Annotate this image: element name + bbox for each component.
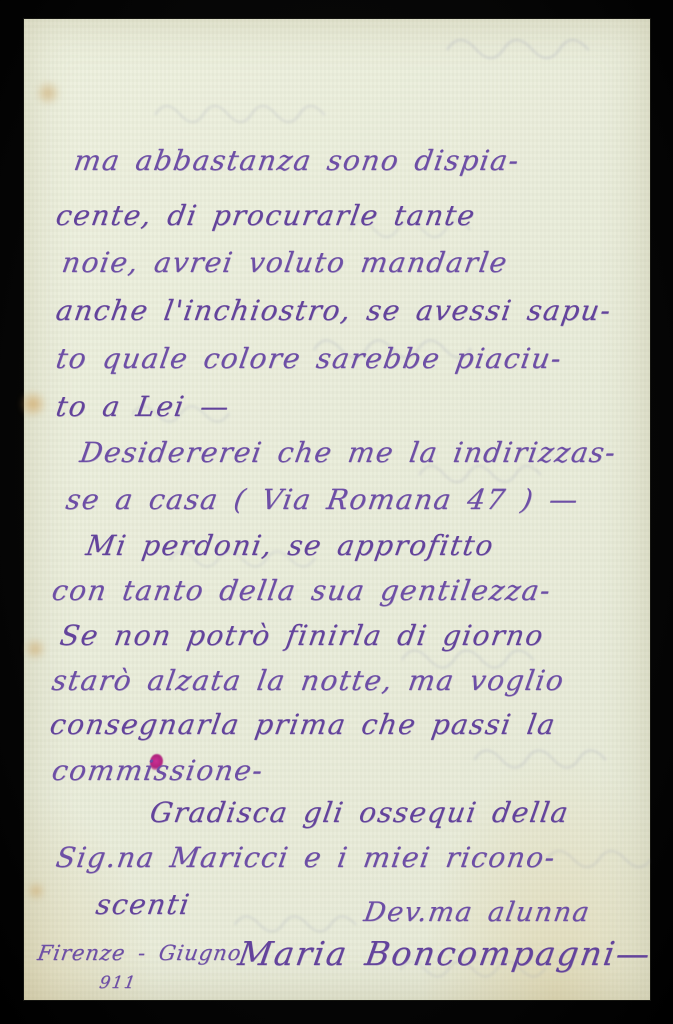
handwritten-line: scenti	[94, 891, 192, 919]
handwritten-line: Sig.na Maricci e i miei ricono-	[54, 844, 558, 872]
letter-page: ma abbastanza sono dispia- cente, di pro…	[24, 19, 650, 1000]
place-date: Firenze - Giugno	[36, 943, 243, 964]
handwritten-line: to a Lei —	[54, 393, 232, 421]
handwritten-line: anche l'inchiostro, se avessi sapu-	[54, 297, 614, 325]
year: 911	[98, 975, 138, 992]
handwritten-line: Gradisca gli ossequi della	[148, 799, 571, 827]
handwritten-line: ma abbastanza sono dispia-	[72, 147, 522, 175]
scan-background: ma abbastanza sono dispia- cente, di pro…	[0, 0, 673, 1024]
handwritten-line: se a casa ( Via Romana 47 ) —	[64, 486, 581, 514]
handwritten-line: Desidererei che me la indirizzas-	[78, 439, 619, 467]
foxing-stain	[24, 637, 46, 661]
handwritten-line: Mi perdoni, se approfitto	[84, 532, 496, 560]
foxing-stain	[20, 389, 46, 419]
signature: Maria Boncompagni—	[236, 937, 654, 970]
handwritten-line: Se non potrò finirla di giorno	[58, 622, 546, 650]
handwritten-line: cente, di procurarle tante	[54, 202, 478, 230]
closing-valediction: Dev.ma alunna	[362, 899, 592, 926]
handwritten-line: con tanto della sua gentilezza-	[50, 577, 553, 605]
handwritten-line: starò alzata la notte, ma voglio	[50, 667, 567, 695]
handwritten-line: consegnarla prima che passi la	[48, 711, 558, 739]
foxing-stain	[34, 81, 62, 105]
handwritten-line: to quale colore sarebbe piaciu-	[54, 345, 564, 373]
handwritten-line: noie, avrei voluto mandarle	[60, 249, 510, 277]
foxing-stain	[26, 881, 46, 901]
handwritten-line: commissione-	[50, 757, 266, 785]
